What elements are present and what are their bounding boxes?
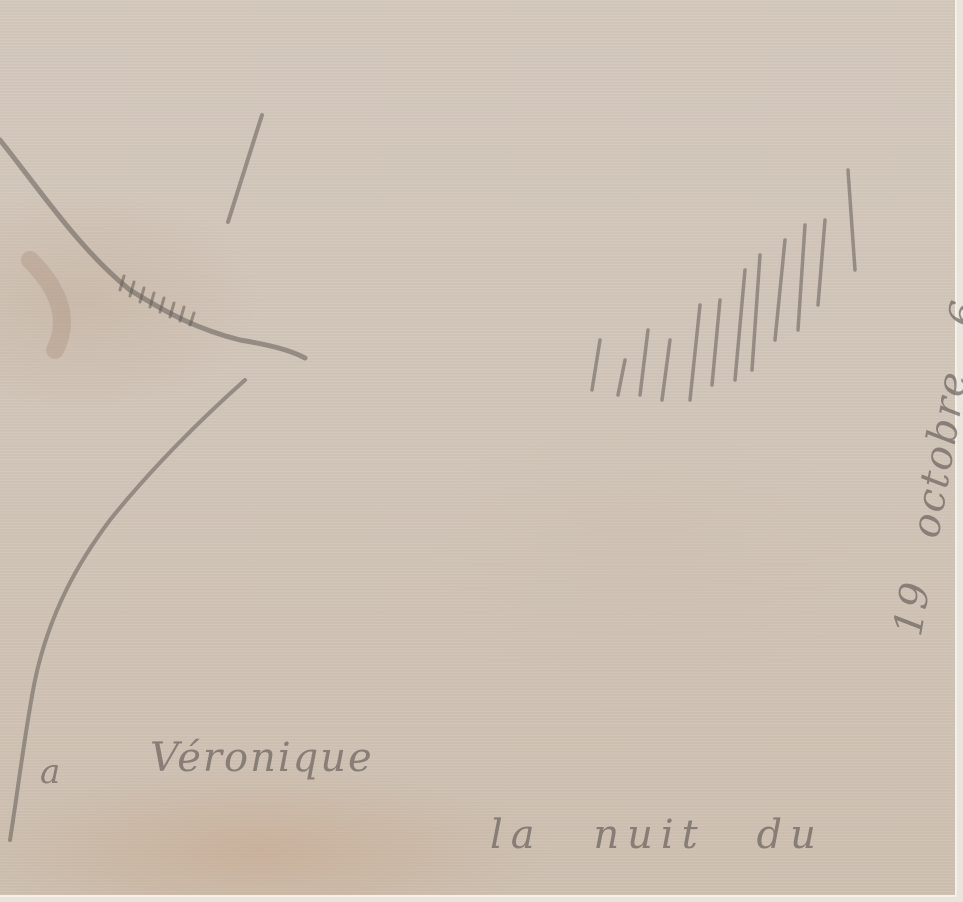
dedication-name: Véronique: [150, 735, 374, 781]
pencil-sketch: [0, 0, 955, 895]
short-stroke: [228, 115, 262, 222]
paper-sheet: a Véronique la nuit du 19 octobre 6..: [0, 0, 957, 897]
faint-shadow-left: [30, 260, 62, 350]
dedication-prefix: a: [40, 752, 62, 792]
hatching-cluster: [592, 170, 855, 400]
contour-line-top-left: [0, 140, 305, 358]
night-line: la nuit du: [490, 812, 824, 858]
